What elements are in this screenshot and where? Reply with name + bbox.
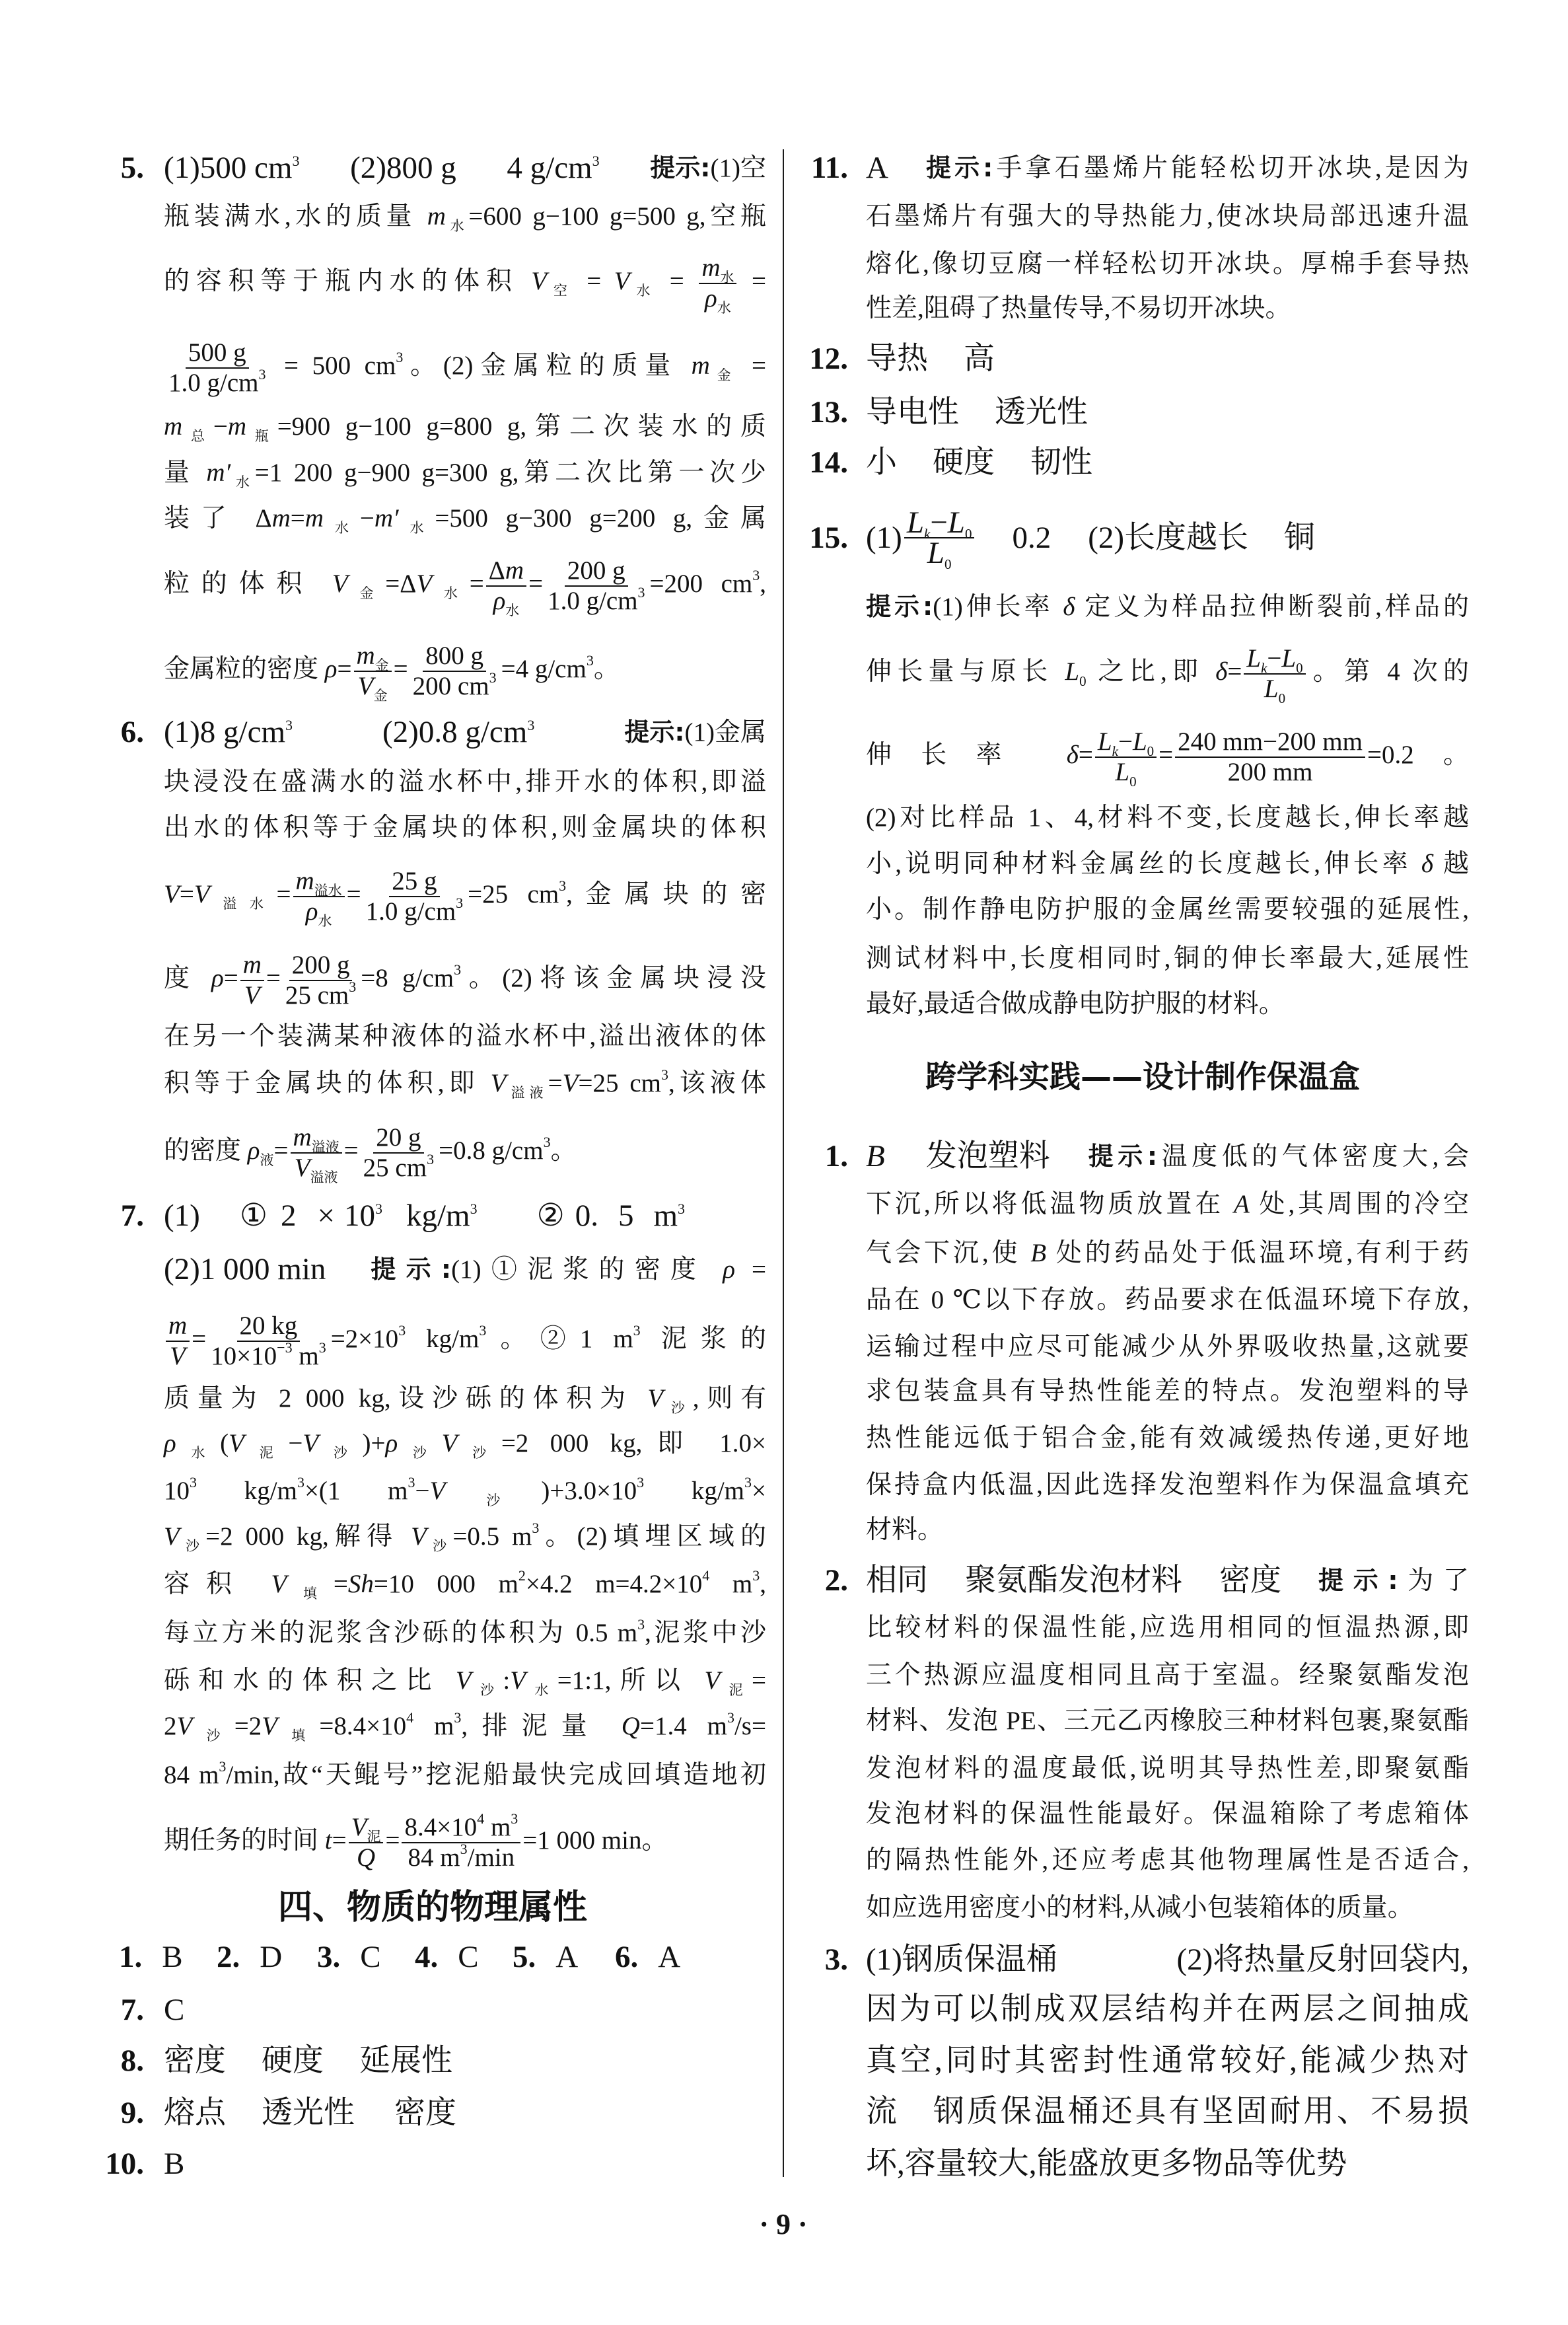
hint-text: ,该液体	[668, 1069, 766, 1097]
numerator: m金	[354, 642, 392, 672]
math-variable: L	[1098, 727, 1112, 756]
math-variable: m	[692, 351, 710, 380]
math-variable: V	[563, 1069, 579, 1097]
hint-text: =1:1,所以	[557, 1666, 705, 1695]
math-variable: B	[1030, 1239, 1046, 1267]
subscript: 溢水	[314, 883, 342, 899]
hint-start: 提示:(1)空	[650, 141, 766, 195]
hint-text: =4 g/cm	[501, 655, 587, 683]
math-variable: ρ	[306, 897, 318, 926]
practice-q1-line-4: 品在 0 ℃以下存放。药品要求在低温环境下存放,	[866, 1274, 1469, 1327]
superscript: 3	[587, 652, 594, 669]
hint-text: 粒的体积	[164, 570, 332, 598]
math-variable: δ	[1421, 850, 1433, 878]
math-variable: A	[1234, 1190, 1250, 1218]
hint-text: 处,其周围的冷空	[1250, 1190, 1469, 1218]
numerator: 200 g	[565, 556, 628, 587]
subscript: 水	[318, 913, 332, 929]
q9-answers: 熔点透光性密度	[164, 2086, 766, 2139]
hint-text: =	[344, 1136, 359, 1165]
q5-line-5: m总−m瓶=900 g−100 g=800 g,第二次装水的质	[164, 400, 766, 453]
denominator: 1.0 g/cm3	[363, 897, 466, 926]
fraction: Lk−L0L0	[1244, 644, 1305, 704]
question-number: 7.	[79, 1983, 144, 2036]
hint-text: =Δ	[385, 570, 416, 598]
hint-text: =200 cm	[650, 570, 753, 598]
hint-start: 提示:(1)金属	[624, 706, 766, 759]
practice-q2-line-4: 材料、发泡 PE、三元乙丙橡胶三种材料包裹,聚氨酯	[866, 1695, 1469, 1748]
circled-number: ①	[240, 1189, 267, 1242]
math-variable: m	[293, 1123, 312, 1152]
denominator: Q	[354, 1843, 378, 1872]
superscript: 4	[477, 1810, 484, 1827]
subscript: 泥	[244, 1445, 288, 1461]
math-variable: V	[456, 1666, 472, 1695]
math-variable: m	[357, 642, 375, 670]
subscript: 水	[432, 585, 470, 601]
question-number: 7.	[79, 1189, 144, 1242]
hint-text: =2	[234, 1712, 262, 1740]
math-variable: L	[1133, 727, 1147, 756]
fraction: mV	[240, 951, 264, 1010]
answer-text: 延展性	[359, 2034, 452, 2087]
answer-choice: A	[555, 1931, 578, 1983]
q7-line-6: 103 kg/m3×(1 m3−V沙)+3.0×103 kg/m3×	[164, 1465, 766, 1518]
mc-answer: 3.C	[317, 1931, 381, 1983]
hint-text: ×	[752, 1477, 766, 1505]
question-number: 2.	[217, 1931, 240, 1983]
answer-text: 2	[281, 1189, 297, 1242]
q7-line-3: mV=20 kg10×10−3 m3=2×103 kg/m3。②1 m3 泥浆的	[164, 1311, 766, 1364]
denominator: ρ水	[491, 587, 522, 616]
math-variable: m	[505, 556, 524, 585]
subscript: 水	[630, 283, 657, 299]
hint-text: 。(2)金属粒的质量	[403, 351, 691, 380]
hint-text: =600 g−100 g=500 g,空瓶	[468, 202, 766, 231]
hint-text: =0.2。	[1367, 741, 1469, 769]
hint-text: 期任务的时间	[164, 1826, 325, 1855]
superscript: 3	[427, 1151, 434, 1167]
answer-part-3: 4 g/cm3	[507, 141, 599, 194]
question-number: 6.	[615, 1931, 638, 1983]
question-number: 13.	[779, 386, 848, 439]
denominator: L0	[1262, 675, 1288, 704]
hint-text: 200 cm	[413, 672, 489, 700]
q5-line-6: 量 m′水=1 200 g−900 g=300 g,第二次比第一次少	[164, 447, 766, 499]
math-variable: ρ	[493, 587, 506, 615]
math-variable: ρ	[164, 1429, 176, 1458]
answer-choice: C	[164, 1983, 766, 2036]
hint-text: 瓶装满水,水的质量	[164, 202, 427, 231]
practice-q2-line-7: 的隔热性能外,还应考虑其他物理属性是否适合,	[866, 1834, 1469, 1887]
answer-choice: C	[458, 1931, 478, 1983]
denominator: ρ水	[303, 897, 335, 926]
hint-text: (	[220, 1429, 229, 1458]
practice-q1-line-7: 热性能远低于铝合金,能有效减缓热传递,更好地	[866, 1412, 1469, 1465]
answer-page: 5. (1)500 cm3 (2)800 g 4 g/cm3 提示:(1)空 瓶…	[0, 0, 1568, 2325]
hint-text: =	[1079, 741, 1093, 769]
math-variable: V	[164, 880, 180, 908]
hint-text: −	[213, 412, 228, 441]
hint-text: =	[528, 570, 543, 598]
q13-answers: 导电性透光性	[866, 386, 1469, 439]
q5-line-1: (1)500 cm3 (2)800 g 4 g/cm3 提示:(1)空	[164, 141, 766, 194]
question-number: 2.	[779, 1554, 848, 1607]
q7-line-12: 84 m3/min,故“天鲲号”挖泥船最快完成回填造地初	[164, 1749, 766, 1802]
q15-hint-8: 最好,最适合做成静电防护服的材料。	[866, 978, 1469, 1031]
hint-text: kg/m	[406, 1325, 479, 1353]
hint-text: =0.8 g/cm	[439, 1136, 543, 1165]
hint-text: =	[470, 570, 484, 598]
hint-start: 提示:(1)①泥浆的密度 ρ =	[371, 1243, 766, 1296]
fraction: Lk−L0L0	[904, 508, 975, 568]
math-variable: V	[411, 1522, 427, 1551]
subscript: 沙	[398, 1445, 441, 1461]
subscript: 水	[231, 474, 255, 490]
answer-text: kg/m	[406, 1199, 470, 1233]
hint-text: 定义为样品拉伸断裂前,样品的	[1075, 593, 1469, 621]
subscript: 金	[710, 367, 738, 383]
practice-q1-line-3: 气会下沉,使 B 处的药品处于低温环境,有利于药	[866, 1227, 1469, 1280]
hint-text: =	[332, 1826, 347, 1855]
hint-text: m	[413, 1712, 454, 1740]
answer-text: 相同	[866, 1554, 928, 1607]
hint-text: =	[277, 880, 291, 908]
hint-label: 提示:	[650, 153, 710, 182]
answer-text: (1)	[866, 511, 902, 564]
hint-text: ,	[760, 1570, 766, 1598]
subscript: 0	[1296, 660, 1303, 676]
mc-answer: 5.A	[513, 1931, 578, 1983]
hint-text: =	[385, 1826, 400, 1855]
hint-text: 手拿石墨烯片能轻松切开冰块,是因为	[993, 154, 1469, 182]
answer-text: 硬度	[933, 436, 995, 489]
fraction: m水ρ水	[699, 254, 736, 313]
subscript: 0	[1079, 673, 1087, 689]
hint-text: =	[1227, 657, 1242, 686]
hint-text: =0.5 m	[452, 1522, 532, 1551]
subscript: 溢液	[310, 1169, 338, 1185]
hint-text: 金属粒的密度	[164, 655, 325, 683]
hint-text: =	[224, 964, 238, 992]
q15-hint-1: 提示:(1)伸长率 δ 定义为样品拉伸断裂前,样品的	[866, 580, 1469, 633]
answer-text: 发泡塑料	[926, 1130, 1050, 1183]
numerator: Lk−L0	[1095, 727, 1157, 758]
hint-text: 量	[164, 459, 206, 487]
answer-text: (1)8 g/cm	[164, 715, 285, 749]
superscript: 3	[349, 978, 356, 995]
hint-text: =	[738, 351, 766, 380]
hint-text: 质量为 2 000 kg,设沙砾的体积为	[164, 1384, 647, 1413]
question-number: 1.	[119, 1931, 142, 1983]
math-variable: L	[1246, 644, 1261, 673]
denominator: 1.0 g/cm3	[166, 369, 268, 398]
q14-answers: 小硬度韧性	[866, 436, 1469, 489]
subscript: 水	[176, 1445, 220, 1461]
q8-answers: 密度硬度延展性	[164, 2034, 766, 2087]
q6-line-8: 的密度 ρ液=m溢液V溢液=20 g25 cm3=0.8 g/cm3。	[164, 1123, 766, 1176]
math-variable: m	[164, 412, 182, 441]
question-number: 5.	[79, 141, 144, 194]
hint-text: =1 000 min。	[522, 1826, 667, 1855]
superscript: 3	[219, 1758, 226, 1775]
answer-part-1: (1)8 g/cm3	[164, 706, 293, 758]
superscript: 3	[752, 567, 760, 583]
question-number: 5.	[513, 1931, 536, 1983]
math-variable: ρ	[723, 1255, 735, 1284]
circled-number: ②	[537, 1189, 565, 1242]
superscript: 3	[408, 1474, 415, 1491]
q7-line-8: 容积 V填=Sh=10 000 m2×4.2 m=4.2×104 m3,	[164, 1558, 766, 1611]
answer-text: (2)1 000 min	[164, 1243, 326, 1296]
subscript: 0	[965, 526, 972, 542]
math-variable: m	[305, 504, 324, 533]
math-variable: m′	[206, 459, 231, 487]
hint-text: 伸长率	[866, 741, 1067, 769]
practice-q1-line-9: 材料。	[866, 1504, 1469, 1557]
fraction: 500 g1.0 g/cm3	[166, 338, 268, 398]
denominator: L0	[1112, 758, 1139, 787]
answer-text: ×	[317, 1189, 335, 1242]
denominator: V	[167, 1342, 188, 1371]
numerator: 20 g	[373, 1123, 423, 1154]
answer-unit: kg/m3	[406, 1189, 478, 1242]
hint-text: ,泥浆中沙	[645, 1619, 766, 1647]
hint-text: =	[347, 880, 361, 908]
math-variable: ρ	[248, 1136, 260, 1165]
hint-text: Δ	[489, 556, 505, 585]
superscript: 3	[398, 1322, 406, 1339]
superscript: 3	[678, 1200, 685, 1217]
hint-text: ,排泥量	[461, 1712, 621, 1740]
q6-line-4: V=V溢水=m溢水ρ水=25 g1.0 g/cm3=25 cm3,金属块的密	[164, 867, 766, 920]
hint-text: 小,说明同种材料金属丝的长度越长,伸长率	[866, 850, 1421, 878]
subscript: 水	[399, 520, 435, 536]
math-variable: ρ	[386, 1429, 398, 1458]
q15-hint-4: (2)对比样品 1、4,材料不变,长度越长,伸长率越	[866, 792, 1469, 844]
denominator: V溢液	[292, 1154, 341, 1183]
hint-text: =	[266, 964, 281, 992]
denominator: 25 cm3	[361, 1154, 437, 1183]
hint-text: 。(2)填埋区域的	[539, 1522, 766, 1551]
fraction: m溢液V溢液	[291, 1123, 342, 1183]
hint-text: 84 m	[164, 1761, 219, 1789]
math-variable: V	[510, 1666, 526, 1695]
subscript: 金	[375, 657, 389, 673]
hint-text: m	[484, 1813, 511, 1841]
hint-text: =	[274, 1136, 289, 1165]
hint-text: 每立方米的泥浆含沙砾的体积为 0.5 m	[164, 1619, 637, 1647]
answer-text: 密度	[1219, 1554, 1281, 1607]
q11-line-2: 石墨烯片有强大的导热能力,使冰块局部迅速升温	[866, 190, 1469, 243]
hint-start: 提示:温度低的气体密度大,会	[1088, 1130, 1469, 1183]
question-number: 11.	[779, 141, 848, 194]
hint-text: =2 000 kg,解得	[205, 1522, 411, 1551]
math-variable: L	[1065, 657, 1079, 686]
math-variable: L	[1115, 758, 1129, 786]
page-number: · 9 ·	[717, 2205, 849, 2244]
hint-text: ×4.2 m=4.2×10	[526, 1570, 702, 1598]
answer-choice: A	[866, 141, 888, 194]
math-variable: V	[295, 1154, 310, 1182]
superscript: 3	[727, 1709, 734, 1726]
superscript: 3	[460, 1841, 468, 1857]
practice-q2-line-5: 发泡材料的温度最低,说明其导热性差,即聚氨酯	[866, 1742, 1469, 1795]
hint-text: =	[752, 1666, 766, 1695]
numerator: 500 g	[186, 338, 249, 369]
practice-q3-line-4: 流 钢质保温桶还具有坚固耐用、不易损	[866, 2085, 1469, 2138]
numerator: m溢水	[293, 867, 345, 897]
hint-text: kg/m	[197, 1477, 297, 1505]
superscript: 3	[752, 1567, 760, 1584]
superscript: 3	[258, 366, 266, 383]
answer-text: −	[930, 505, 948, 540]
practice-q2-line-6: 发泡材料的保温性能最好。保温箱除了考虑箱体	[866, 1788, 1469, 1841]
answer-text: 5	[618, 1189, 634, 1242]
math-variable: V	[351, 1813, 367, 1841]
answer-text: 0.2	[1012, 511, 1051, 564]
superscript: 3	[470, 1200, 478, 1217]
answer-text: 透光性	[995, 386, 1088, 439]
superscript: 3	[479, 1322, 486, 1339]
question-number: 14.	[779, 436, 848, 489]
question-number: 3.	[317, 1931, 340, 1983]
subscript: 泥	[367, 1829, 380, 1845]
math-variable: L	[948, 505, 965, 540]
subscript: 溢液	[506, 1085, 548, 1101]
answer-text: 10	[344, 1199, 375, 1233]
answer-part-2: (2)800 g	[350, 141, 456, 194]
hint-text: 2	[164, 1712, 177, 1740]
answer-text: 导热	[866, 332, 928, 385]
fraction: 25 g1.0 g/cm3	[363, 867, 466, 926]
question-number: 6.	[79, 706, 144, 758]
hint-text: =	[338, 655, 352, 683]
superscript: 3	[544, 1134, 551, 1150]
denominator: V金	[355, 672, 390, 701]
fraction: V泥Q	[349, 1813, 384, 1872]
hint-text: =2 000 kg,即 1.0×	[501, 1429, 766, 1458]
q7-line-9: 每立方米的泥浆含沙砾的体积为 0.5 m3,泥浆中沙	[164, 1607, 766, 1660]
numerator: 240 mm−200 mm	[1175, 727, 1365, 758]
hint-text: m	[293, 1342, 319, 1370]
q7-line-7: V沙=2 000 kg,解得 V沙=0.5 m3。(2)填埋区域的	[164, 1510, 766, 1563]
subscript: k	[1261, 660, 1267, 676]
practice-q1-line-1: B 发泡塑料 提示:温度低的气体密度大,会	[866, 1130, 1469, 1183]
q15-hint-5: 小,说明同种材料金属丝的长度越长,伸长率 δ 越	[866, 838, 1469, 891]
math-variable: L	[907, 505, 924, 540]
hint-text: 积等于金属块的体积,即	[164, 1069, 491, 1097]
subscript: 总	[182, 428, 213, 444]
math-variable: ρ	[211, 964, 224, 992]
hint-text: m	[709, 1570, 752, 1598]
hint-text: =	[657, 267, 697, 295]
math-variable: m	[701, 254, 720, 282]
superscript: 3	[396, 349, 403, 365]
hint-text: 84 m	[408, 1843, 460, 1872]
hint-text: 下沉,所以将低温物质放置在	[866, 1190, 1234, 1218]
fraction: Lk−L0L0	[1095, 727, 1157, 787]
mc-answer: 2.D	[217, 1931, 282, 1983]
q6-line-6: 在另一个装满某种液体的溢水杯中,溢出液体的体	[164, 1010, 766, 1063]
numerator: m	[240, 951, 264, 981]
superscript: 3	[190, 1474, 197, 1491]
q5-line-9: 金属粒的密度 ρ=m金V金=800 g200 cm3=4 g/cm3。	[164, 642, 766, 694]
numerator: m	[166, 1311, 190, 1342]
subscript: 水	[717, 300, 731, 316]
numerator: Δm	[486, 556, 526, 587]
hint-text: 越	[1433, 850, 1469, 878]
answer-part-2: (2)0.8 g/cm3	[382, 706, 534, 758]
hint-text: 气会下沉,使	[866, 1239, 1030, 1267]
practice-q2-line-3: 三个热源应温度相同且高于室温。经聚氨酯发泡	[866, 1649, 1469, 1702]
q11-line-4: 性差,阻碍了热量传导,不易切开冰块。	[866, 282, 1469, 335]
subscript: 水	[446, 218, 468, 234]
question-number: 9.	[79, 2086, 144, 2139]
math-variable: V	[332, 570, 348, 598]
hint-text: 的密度	[164, 1136, 248, 1165]
subscript: 0	[944, 556, 952, 572]
superscript: 3	[744, 1474, 752, 1491]
math-variable: V	[303, 1429, 318, 1458]
q7-line-5: ρ水(V泥−V沙)+ρ沙V沙=2 000 kg,即 1.0×	[164, 1417, 766, 1470]
q5-line-3: 的容积等于瓶内水的体积 V空 = V水 = m水ρ水 =	[164, 254, 766, 307]
hint-text: (1)①泥浆的密度	[451, 1255, 723, 1284]
hint-text: :	[503, 1666, 510, 1695]
math-variable: V	[442, 1429, 458, 1458]
hint-text: 25 cm	[285, 981, 349, 1010]
math-variable: V	[177, 1712, 193, 1740]
q5-line-7: 装了 Δm=m水−m′水=500 g−300 g=200 g,金属	[164, 492, 766, 545]
hint-text: ,金属块的密	[566, 880, 766, 908]
q7-line-13: 期任务的时间 t=V泥Q=8.4×104 m384 m3/min=1 000 m…	[164, 1813, 766, 1866]
superscript: 3	[297, 1474, 304, 1491]
hint-text: 处的药品处于低温环境,有利于药	[1046, 1239, 1469, 1267]
hint-start: 提示:手拿石墨烯片能轻松切开冰块,是因为	[926, 141, 1469, 195]
math-variable: L	[927, 536, 944, 570]
hint-text: 1.0 g/cm	[548, 587, 637, 615]
q6-line-7: 积等于金属块的体积,即 V溢液=V=25 cm3,该液体	[164, 1057, 766, 1110]
question-number: 8.	[79, 2034, 144, 2087]
subscript: k	[1112, 743, 1118, 759]
math-variable: L	[1281, 644, 1296, 673]
q11-line-1: A 提示:手拿石墨烯片能轻松切开冰块,是因为	[866, 141, 1469, 194]
question-number: 15.	[779, 511, 848, 564]
practice-q1-line-6: 求包装盒具有导热性能差的特点。发泡塑料的导	[866, 1365, 1469, 1418]
math-variable: δ	[1215, 657, 1227, 686]
q15-hint-7: 测试材料中,长度相同时,铜的伸长率最大,延展性	[866, 932, 1469, 985]
subscript: 0	[1279, 690, 1286, 706]
subscript: 沙	[663, 1400, 693, 1416]
superscript: 3	[532, 1520, 539, 1536]
math-variable: m′	[374, 504, 399, 533]
q15-line-1: (1) Lk−L0L0 0.2 (2)长度越长 铜	[866, 511, 1469, 564]
answer-text: 硬度	[262, 2034, 324, 2087]
math-variable: V	[164, 1522, 180, 1551]
hint-text: 伸长量与原长	[866, 657, 1065, 686]
answer-text: 4 g/cm	[507, 151, 592, 185]
hint-text: =2×10	[331, 1325, 399, 1353]
practice-q2-line-8: 如应选用密度小的材料,从减小包装箱体的质量。	[866, 1882, 1469, 1935]
practice-q2-line-2: 比较材料的保温性能,应选用相同的恒温热源,即	[866, 1602, 1469, 1654]
hint-text: =	[574, 267, 614, 295]
math-variable: V	[647, 1384, 663, 1413]
question-number: 1.	[779, 1130, 848, 1183]
answer-choice: A	[658, 1931, 680, 1983]
denominator: 200 cm3	[410, 672, 499, 701]
superscript: 3	[637, 1616, 645, 1633]
numerator: 25 g	[389, 867, 439, 897]
